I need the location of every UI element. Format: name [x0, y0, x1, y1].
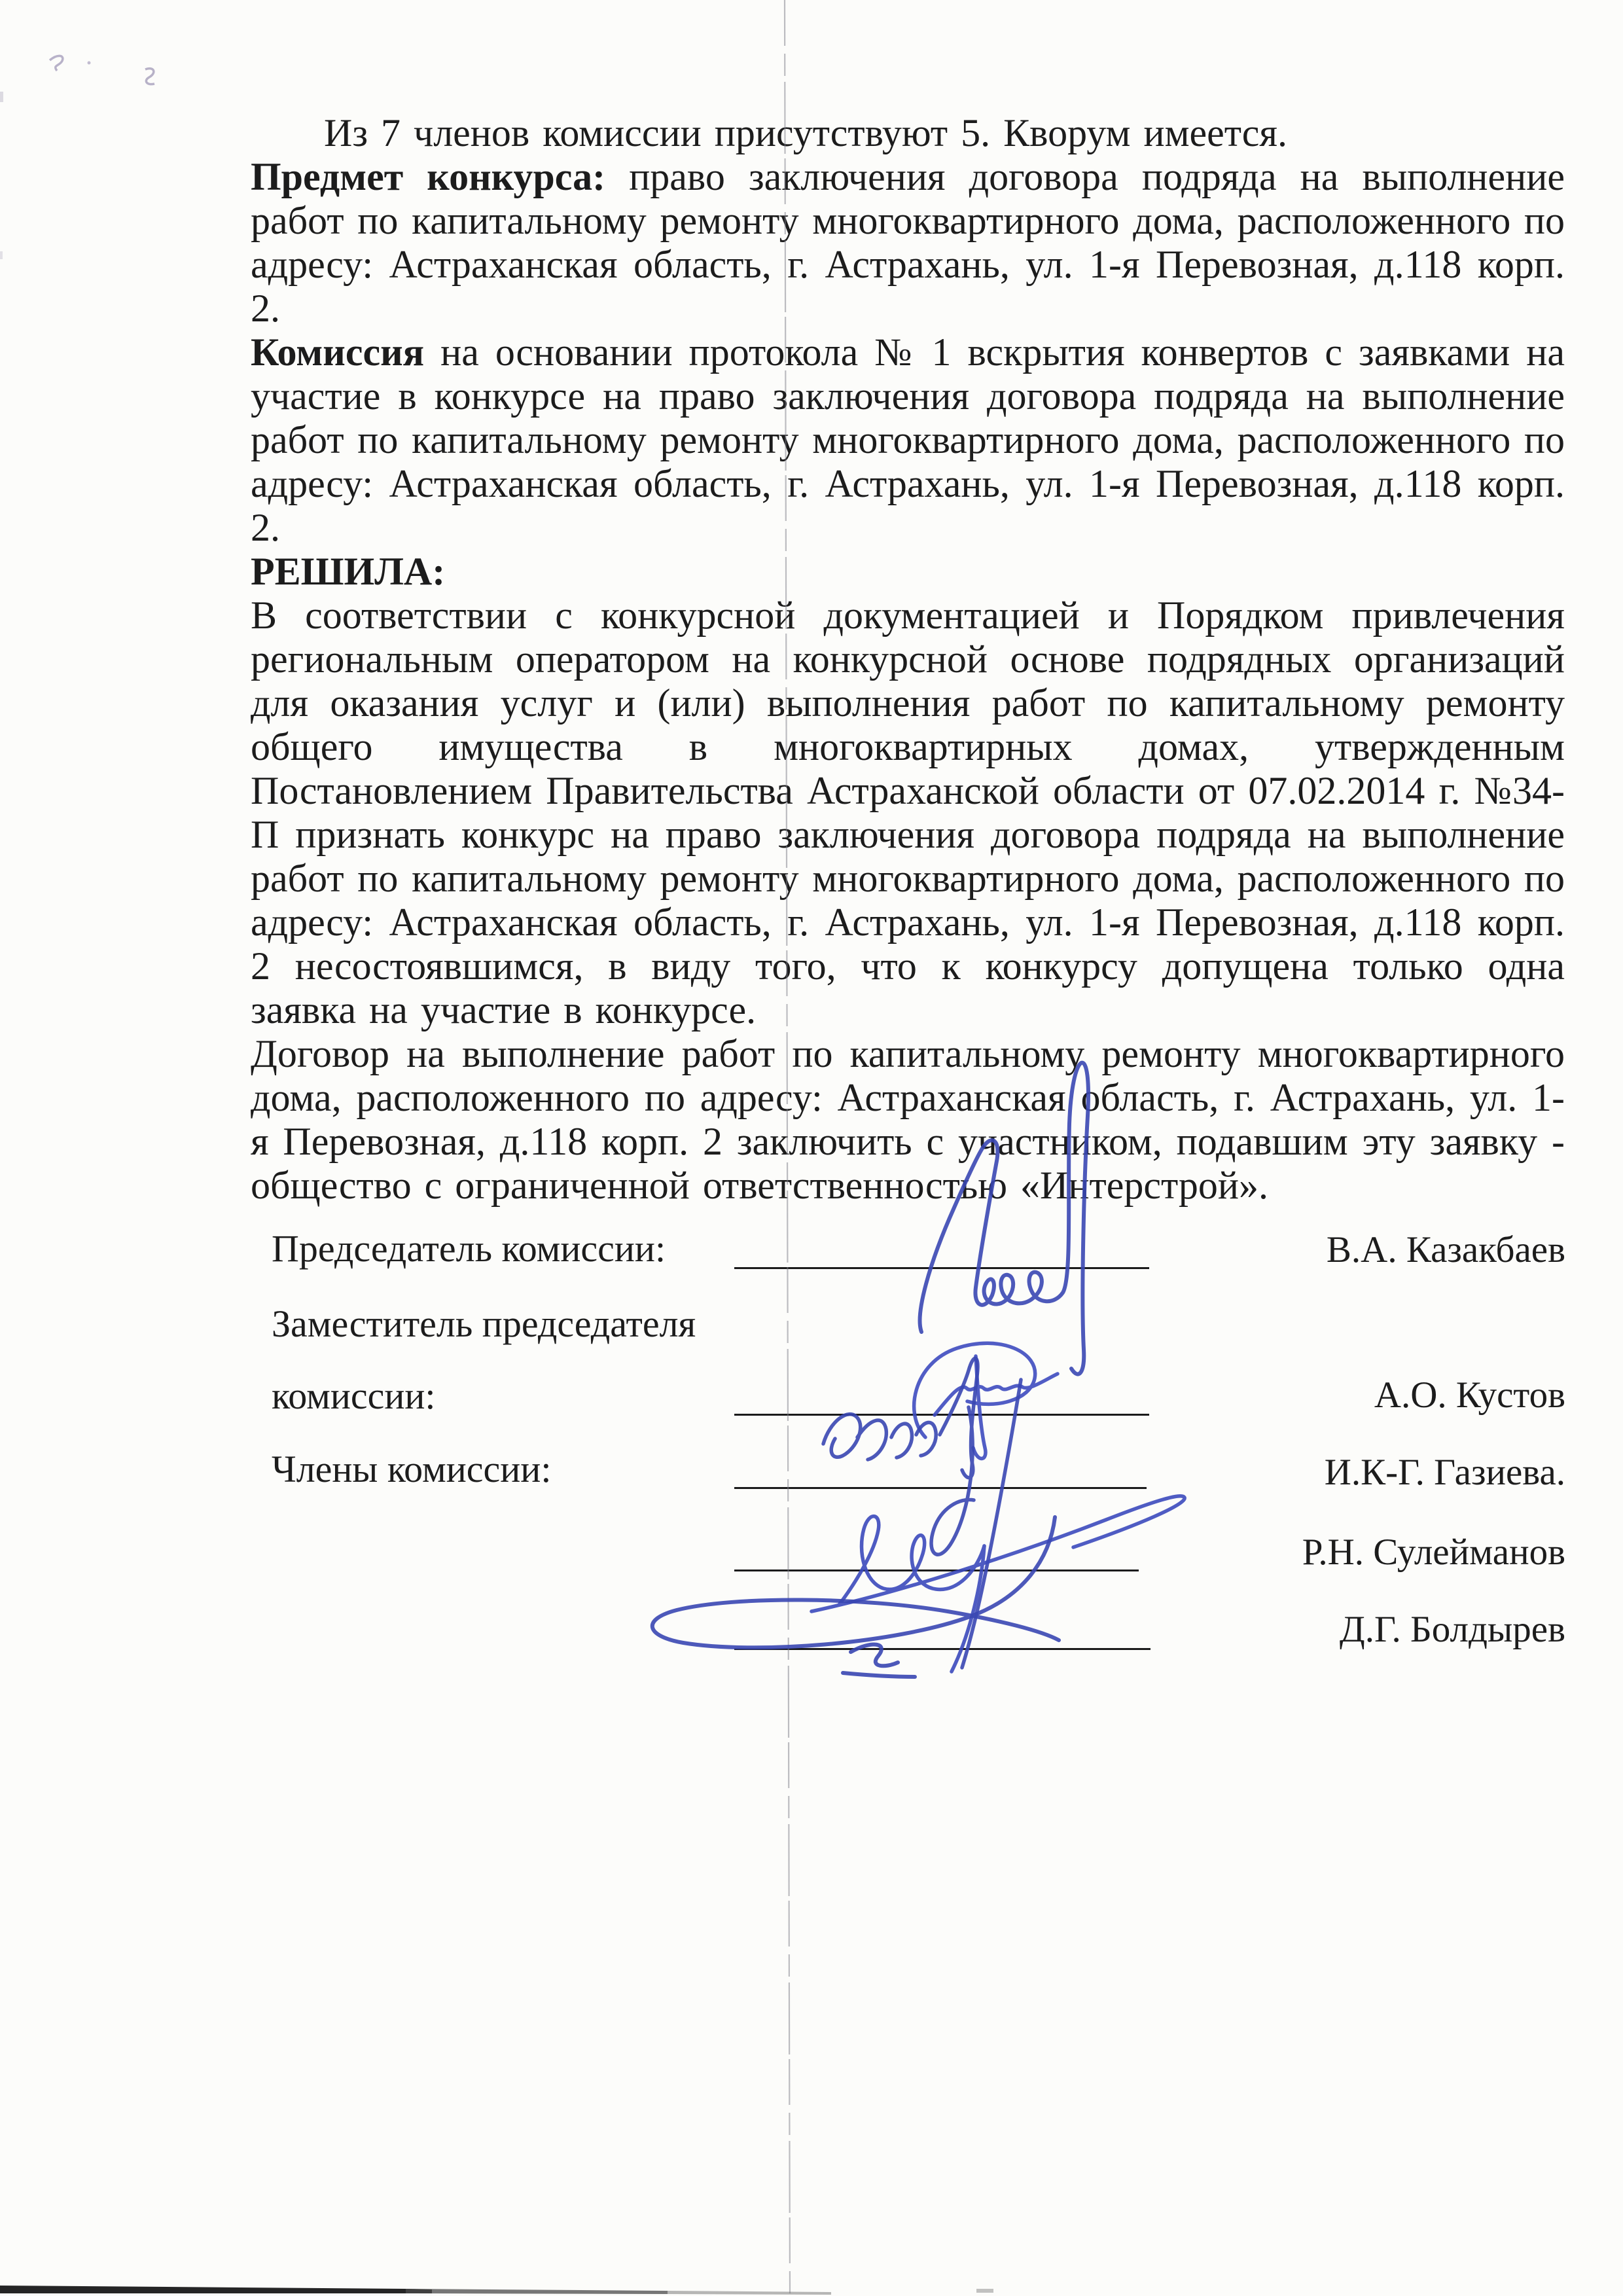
paragraph-contract: Договор на выполнение работ по капитальн…	[251, 1032, 1565, 1208]
signature-suleymanov-loops	[839, 1516, 984, 1605]
name-boldyrev: Д.Г. Болдырев	[1243, 1609, 1565, 1651]
signature-kustov	[914, 1343, 1058, 1458]
signature-boldyrev-ribbon	[652, 1517, 1059, 1647]
signature-kustov-scribble	[935, 1374, 1058, 1415]
scan-edge-solid	[0, 2286, 432, 2293]
left-edge-mark-2	[0, 251, 3, 259]
pencil-marks	[50, 56, 154, 84]
paragraph-resolution-text: В соответствии с конкурсной документацие…	[251, 594, 1565, 1031]
paragraph-quorum-text: Из 7 членов комиссии присутствуют 5. Кво…	[324, 111, 1287, 154]
scan-edge-speck	[976, 2289, 993, 2293]
label-deputy-line2: комиссии:	[272, 1374, 436, 1418]
pencil-squiggle-1	[50, 56, 63, 71]
signature-gazieva-ascender	[940, 1358, 978, 1477]
name-kustov: А.О. Кустов	[1243, 1374, 1565, 1416]
signature-suleymanov	[811, 1496, 1185, 1672]
pencil-dot	[88, 62, 91, 65]
signature-suleymanov-sweep	[811, 1496, 1185, 1611]
pencil-squiggle-2	[145, 69, 154, 84]
left-edge-mark-1	[0, 92, 3, 102]
paragraph-subject: Предмет конкурса: право заключения догов…	[251, 155, 1565, 331]
paragraph-resolution: В соответствии с конкурсной документацие…	[251, 594, 1565, 1032]
paragraph-quorum: Из 7 членов комиссии присутствуют 5. Кво…	[251, 111, 1565, 155]
paragraph-contract-text: Договор на выполнение работ по капитальн…	[251, 1032, 1565, 1207]
signature-gazieva	[823, 1358, 1021, 1668]
signature-gazieva-slash	[962, 1380, 1021, 1668]
signature-gazieva-hump1	[857, 1420, 886, 1460]
decision-heading-text: РЕШИЛА:	[251, 550, 445, 593]
scanned-page: Из 7 членов комиссии присутствуют 5. Кво…	[0, 0, 1623, 2296]
signature-gazieva-hump3	[916, 1422, 936, 1456]
signature-line-5	[734, 1648, 1150, 1650]
signature-boldyrev	[652, 1517, 1059, 1677]
label-members: Члены комиссии:	[272, 1448, 551, 1491]
signature-gazieva-hump2	[891, 1424, 912, 1458]
signature-suleymanov-tail	[952, 1546, 984, 1672]
name-suleymanov: Р.Н. Сулейманов	[1243, 1532, 1565, 1573]
paragraph-commission-lead: Комиссия	[251, 331, 424, 374]
paragraph-decision-heading: РЕШИЛА:	[251, 550, 1565, 594]
paragraph-commission: Комиссия на основании протокола № 1 вскр…	[251, 331, 1565, 550]
signature-line-1	[734, 1267, 1149, 1269]
signature-kustov-descender	[973, 1356, 986, 1459]
scan-edge-strip	[0, 2286, 993, 2295]
name-kazakbaev: В.А. Казакбаев	[1243, 1229, 1565, 1271]
signature-boldyrev-dash	[843, 1673, 915, 1677]
signature-line-2	[734, 1414, 1149, 1416]
scan-edge-fade	[668, 2291, 831, 2295]
label-deputy-line1: Заместитель председателя	[272, 1302, 696, 1346]
scan-edge-mid	[406, 2289, 668, 2294]
name-gazieva: И.К-Г. Газиева.	[1243, 1452, 1565, 1494]
signature-kustov-loop	[914, 1343, 1035, 1437]
paragraph-commission-text: на основании протокола № 1 вскрытия конв…	[251, 331, 1565, 549]
document-body: Из 7 членов комиссии присутствуют 5. Кво…	[251, 111, 1565, 1208]
signature-gazieva-initial	[823, 1414, 861, 1458]
signature-line-3	[734, 1487, 1147, 1489]
signature-line-4	[734, 1570, 1139, 1571]
paragraph-subject-lead: Предмет конкурса:	[251, 155, 605, 198]
signature-gazieva-descender	[931, 1407, 974, 1554]
label-chairman: Председатель комиссии:	[272, 1227, 666, 1270]
